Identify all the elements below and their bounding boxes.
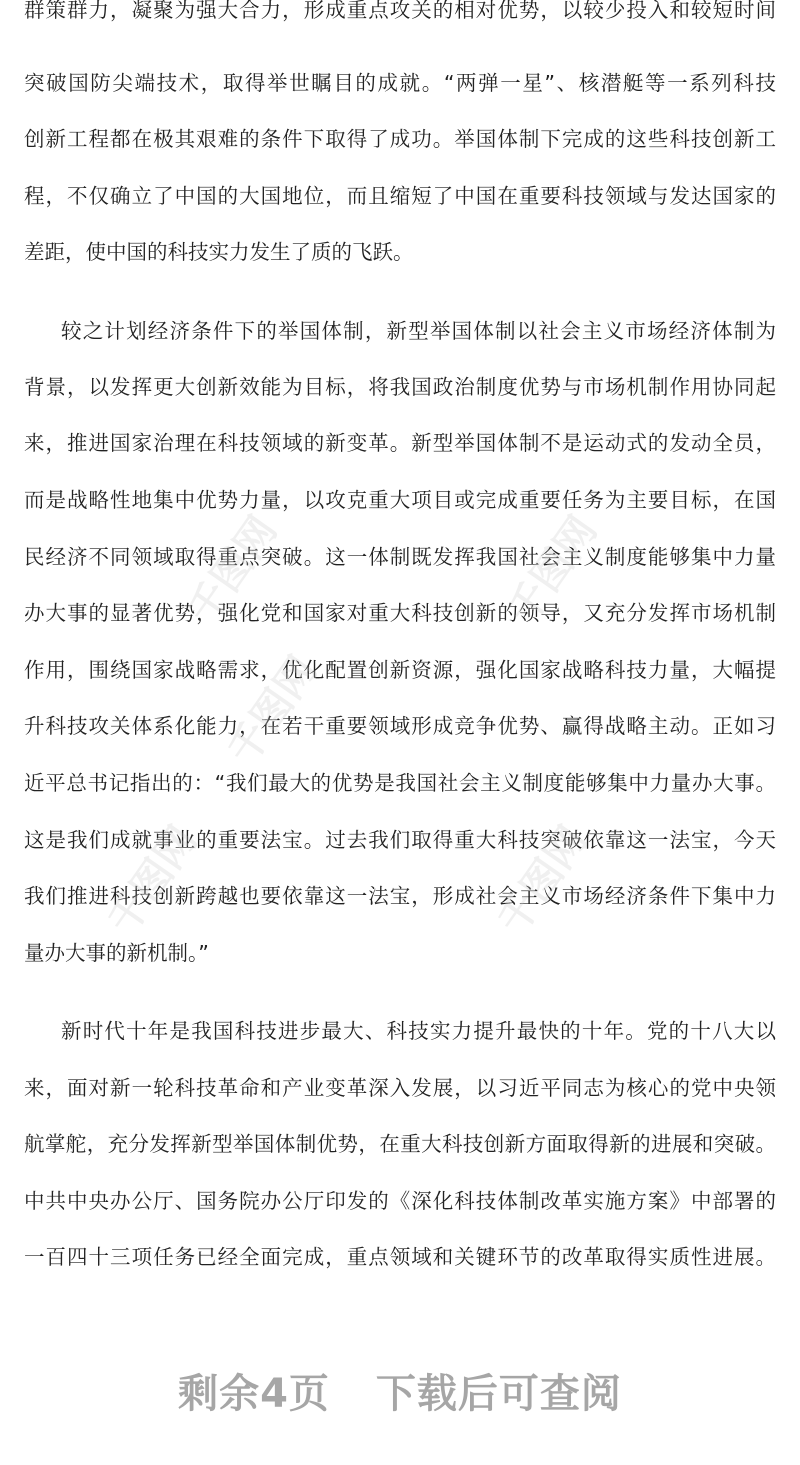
text-line: 民经济不同领域取得重点突破。这一体制既发挥我国社会主义制度能够集中力量 [24,543,776,571]
paragraph-first-line: 新时代十年是我国科技进步最大、科技实力提升最快的十年。党的十八大以 [61,1017,776,1045]
text-line: 来，推进国家治理在科技领域的新变革。新型举国体制不是运动式的发动全员， [24,429,776,457]
download-prompt[interactable]: 剩余4页下载后可查阅 [0,1362,800,1419]
text-line: 群策群力，凝聚为强大合力，形成重点攻关的相对优势，以较少投入和较短时间 [24,0,776,24]
document-page: 群策群力，凝聚为强大合力，形成重点攻关的相对优势，以较少投入和较短时间 突破国防… [0,0,800,1465]
text-line: 创新工程都在极其艰难的条件下取得了成功。举国体制下完成的这些科技创新工 [24,125,776,153]
text-line: 突破国防尖端技术，取得举世瞩目的成就。“两弹一星”、核潜艇等一系列科技 [24,69,776,97]
text-line: 而是战略性地集中优势力量，以攻克重大项目或完成重要任务为主要目标，在国 [24,486,776,514]
text-line: 升科技攻关体系化能力，在若干重要领域形成竞争优势、赢得战略主动。正如习 [24,712,776,740]
text-line: 一百四十三项任务已经全面完成，重点领域和关键环节的改革取得实质性进展。 [24,1243,776,1271]
text-line: 近平总书记指出的：“我们最大的优势是我国社会主义制度能够集中力量办大事。 [24,769,776,797]
paragraph-first-line: 较之计划经济条件下的举国体制，新型举国体制以社会主义市场经济体制为 [61,317,776,345]
remaining-pages-label: 剩余4页 [178,1362,330,1419]
text-line: 航掌舵，充分发挥新型举国体制优势，在重大科技创新方面取得新的进展和突破。 [24,1130,776,1158]
download-to-view-label: 下载后可查阅 [376,1362,622,1419]
text-line: 中共中央办公厅、国务院办公厅印发的《深化科技体制改革实施方案》中部署的 [24,1187,776,1215]
text-line: 这是我们成就事业的重要法宝。过去我们取得重大科技突破依靠这一法宝，今天 [24,826,776,854]
text-line: 我们推进科技创新跨越也要依靠这一法宝，形成社会主义市场经济条件下集中力 [24,882,776,910]
text-line: 办大事的显著优势，强化党和国家对重大科技创新的领导，又充分发挥市场机制 [24,599,776,627]
text-line: 差距，使中国的科技实力发生了质的飞跃。 [24,238,776,266]
text-line: 程，不仅确立了中国的大国地位，而且缩短了中国在重要科技领域与发达国家的 [24,182,776,210]
text-line: 量办大事的新机制。” [24,939,776,967]
text-line: 来，面对新一轮科技革命和产业变革深入发展，以习近平同志为核心的党中央领 [24,1074,776,1102]
text-line: 作用，围绕国家战略需求，优化配置创新资源，强化国家战略科技力量，大幅提 [24,656,776,684]
text-line: 背景，以发挥更大创新效能为目标，将我国政治制度优势与市场机制作用协同起 [24,373,776,401]
